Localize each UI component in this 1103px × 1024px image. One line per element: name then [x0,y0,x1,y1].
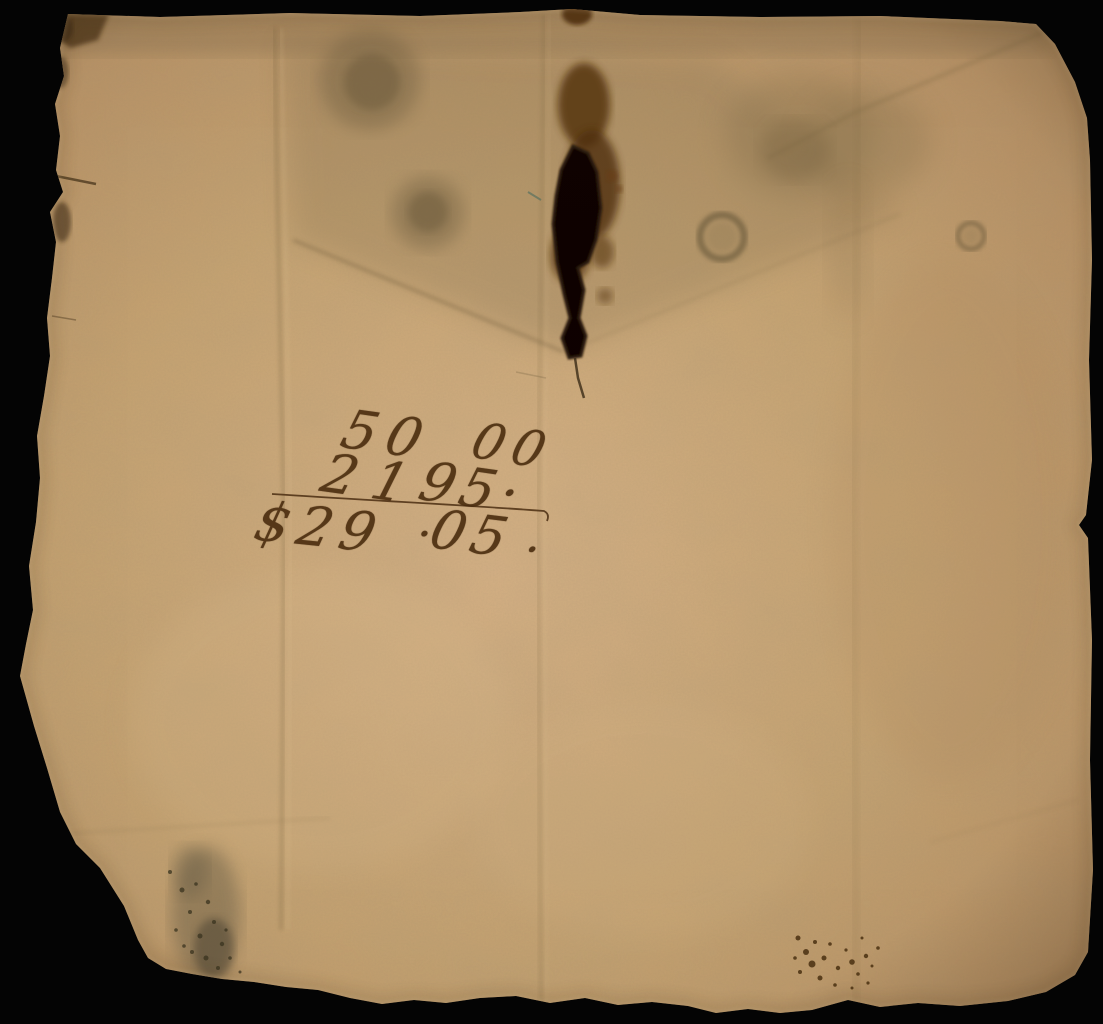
scanned-paper [0,0,1103,1024]
scanner-background: 50 00 21 95· $29 · 05 · [0,0,1103,1024]
vignette [0,0,1103,1024]
